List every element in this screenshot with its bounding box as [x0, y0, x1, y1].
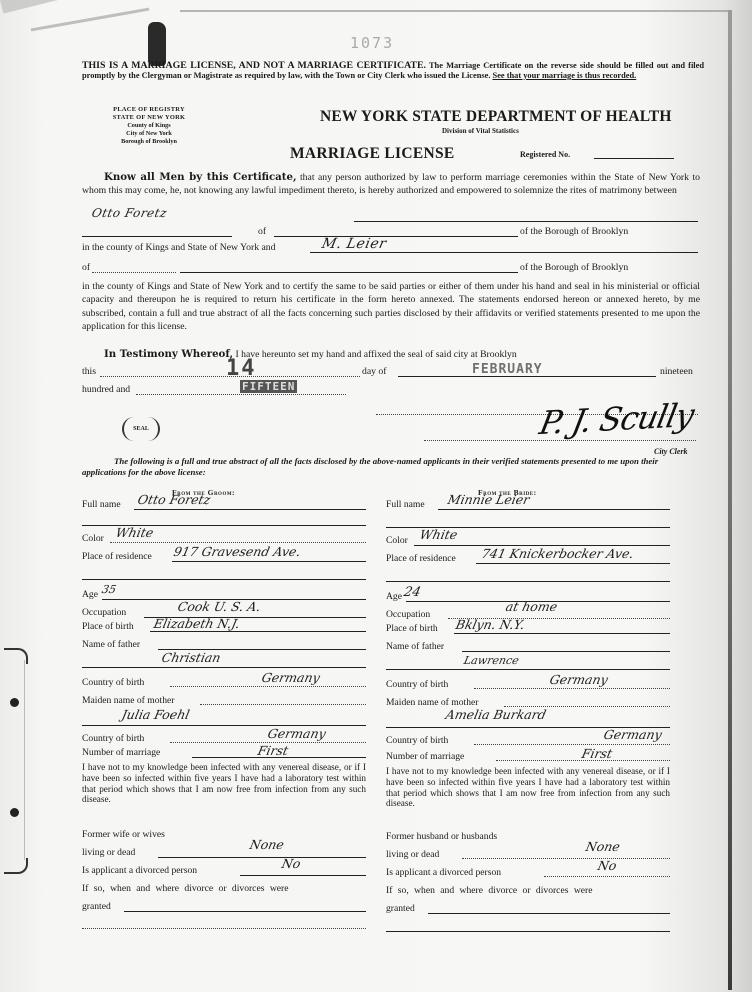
department-heading: NEW YORK STATE DEPARTMENT OF HEALTH [320, 108, 672, 126]
groom-father-extra-row: Christian [82, 656, 366, 668]
bride-marriage-number-row: Number of marriage First [386, 750, 670, 762]
groom-name-handwritten: Otto Foretz [91, 206, 169, 220]
bride-address-line [92, 272, 176, 273]
bride-address-line-2 [180, 272, 518, 273]
field-label: Color [82, 533, 104, 544]
bride-name-line [310, 252, 698, 253]
groom-mother-extra-row: Julia Foehl [82, 714, 366, 726]
bride-residence-value: 741 Knickerbocker Ave. [480, 546, 635, 561]
groom-former-spouse-value: None [248, 837, 285, 852]
bride-granted-extra-row [386, 920, 670, 932]
field-label: Country of birth [82, 677, 144, 688]
registered-no-label: Registered No. [520, 150, 570, 159]
bride-full-name-value: Minnie Leier [446, 492, 531, 507]
bride-father-row: Name of father [386, 640, 670, 652]
groom-marriage-number-row: Number of marriage First [82, 746, 366, 758]
groom-granted-extra-row [82, 918, 366, 930]
registry-line: County of Kings [84, 122, 214, 130]
groom-name-line [354, 221, 698, 222]
groom-father-country-row: Country of birth Germany [82, 676, 366, 688]
registry-line: STATE OF NEW YORK [84, 114, 214, 122]
bride-birthplace-value: Bklyn. N.Y. [454, 617, 526, 632]
scratch-mark [31, 8, 150, 32]
field-label: Name of father [82, 639, 140, 650]
field-label: Country of birth [386, 735, 448, 746]
borough-suffix: of the Borough of Brooklyn [520, 226, 628, 237]
hundred-and-label: hundred and [82, 384, 130, 395]
groom-mother-country-value: Germany [266, 726, 327, 741]
field-label: Place of residence [386, 553, 456, 564]
field-label: Number of marriage [82, 747, 160, 758]
field-label: Country of birth [386, 679, 448, 690]
field-label: Occupation [386, 609, 430, 620]
field-label: granted [82, 901, 111, 912]
notice-lead: THIS IS A MARRIAGE LICENSE, AND NOT A MA… [82, 60, 426, 71]
field-label: Former husband or husbands [386, 831, 497, 842]
field-label: Age [386, 591, 402, 602]
this-label: this [82, 366, 96, 377]
binder-bracket-bottom [4, 858, 28, 874]
groom-divorced-value: No [280, 856, 302, 871]
day-of-label: day of [362, 366, 386, 377]
field-label: Color [386, 535, 408, 546]
groom-declaration: I have not to my knowledge been infected… [82, 762, 366, 805]
field-label: Name of father [386, 641, 444, 652]
field-label: Place of birth [82, 621, 134, 632]
testimony-lead: In Testimony Whereof, [104, 348, 233, 360]
bride-declaration: I have not to my knowledge been infected… [386, 766, 670, 809]
license-notice: THIS IS A MARRIAGE LICENSE, AND NOT A MA… [82, 61, 704, 81]
binder-guide-line [24, 660, 25, 860]
groom-former-spouse-label-row: Former wife or wives [82, 828, 366, 840]
groom-color-value: White [114, 525, 155, 540]
field-label: Age [82, 589, 98, 600]
signer-title: City Clerk [654, 447, 688, 456]
bride-color-row: Color White [386, 534, 670, 546]
groom-age-value: 35 [101, 583, 118, 596]
field-label: granted [386, 903, 415, 914]
certificate-body: in the county of Kings and State of New … [82, 280, 700, 333]
paper-top-edge [180, 10, 732, 12]
groom-father-country-value: Germany [260, 670, 321, 685]
groom-divorced-row: Is applicant a divorced person No [82, 864, 366, 876]
field-label: Full name [82, 499, 121, 510]
borough-suffix: of the Borough of Brooklyn [520, 262, 628, 273]
field-label: Country of birth [82, 733, 144, 744]
month-stamp: FEBRUARY [472, 362, 543, 377]
bride-divorced-row: Is applicant a divorced person No [386, 866, 670, 878]
groom-marriage-number-value: First [256, 743, 289, 758]
paper-right-edge [728, 10, 732, 990]
seal-mark: SEAL [122, 417, 160, 441]
groom-former-spouse-row: living or dead None [82, 846, 366, 858]
bride-former-spouse-label-row: Former husband or husbands [386, 830, 670, 842]
registered-no-field [594, 158, 674, 159]
certificate-intro: Know all Men by this Certificate, that a… [82, 171, 700, 198]
field-label: If so, when and where divorce or divorce… [82, 883, 288, 894]
groom-residence-value: 917 Gravesend Ave. [172, 544, 302, 559]
field-label: Is applicant a divorced person [386, 867, 501, 878]
groom-address-line [274, 236, 518, 237]
bride-former-spouse-row: living or dead None [386, 848, 670, 860]
groom-full-name-row: Full name Otto Foretz [82, 498, 366, 510]
groom-color-row: Color White [82, 532, 366, 544]
division-subheading: Division of Vital Statistics [442, 127, 519, 135]
groom-residence-extra-row [82, 568, 366, 580]
registry-line: PLACE OF REGISTRY [84, 106, 214, 114]
field-label: Place of residence [82, 551, 152, 562]
field-label: living or dead [386, 849, 439, 860]
groom-birthplace-value: Elizabeth N.J. [152, 616, 241, 631]
field-label: Place of birth [386, 623, 438, 634]
bride-former-spouse-value: None [584, 839, 621, 854]
bride-occupation-value: at home [504, 599, 558, 614]
bride-father-country-row: Country of birth Germany [386, 678, 670, 690]
groom-birthplace-row: Place of birth Elizabeth N.J. [82, 620, 366, 632]
bride-residence-row: Place of residence 741 Knickerbocker Ave… [386, 552, 670, 564]
bride-mother-value: Amelia Burkard [444, 707, 547, 722]
groom-mother-country-row: Country of birth Germany [82, 732, 366, 744]
groom-divorce-where-row: If so, when and where divorce or divorce… [82, 882, 366, 894]
nineteen-label: nineteen [660, 366, 693, 377]
groom-mother-row: Maiden name of mother [82, 694, 366, 706]
year-stamp: FIFTEEN [240, 380, 297, 393]
bride-father-extra-row: Lawrence [386, 658, 670, 670]
bride-granted-row: granted [386, 902, 670, 914]
notice-underlined: See that your marriage is thus recorded. [493, 71, 637, 80]
bride-mother-country-row: Country of birth Germany [386, 734, 670, 746]
field-label: Is applicant a divorced person [82, 865, 197, 876]
registry-line: Borough of Brooklyn [84, 138, 214, 146]
field-label: Former wife or wives [82, 829, 165, 840]
binder-hole-icon [10, 808, 19, 817]
place-of-registry: PLACE OF REGISTRY STATE OF NEW YORK Coun… [84, 106, 214, 146]
abstract-intro: The following is a full and true abstrac… [82, 456, 700, 478]
day-stamp: 14 [226, 356, 257, 381]
groom-full-name-value: Otto Foretz [136, 492, 211, 507]
bride-name-handwritten: M. Leier [320, 236, 388, 252]
bride-color-value: White [418, 527, 459, 542]
bride-divorce-where-row: If so, when and where divorce or divorce… [386, 884, 670, 896]
bride-occupation-row: Occupation at home [386, 608, 670, 620]
bride-divorced-value: No [596, 858, 618, 873]
bride-birthplace-row: Place of birth Bklyn. N.Y. [386, 622, 670, 634]
groom-occupation-value: Cook U. S. A. [176, 599, 262, 614]
of-label: of [82, 262, 90, 273]
year-line [136, 394, 346, 395]
groom-father-row: Name of father [82, 638, 366, 650]
groom-granted-row: granted [82, 900, 366, 912]
field-label: Number of marriage [386, 751, 464, 762]
field-label: Occupation [82, 607, 126, 618]
field-label: If so, when and where divorce or divorce… [386, 885, 592, 896]
groom-name-line-2 [82, 236, 232, 237]
county-text: in the county of Kings and State of New … [82, 242, 275, 253]
of-label: of [258, 226, 266, 237]
bride-residence-extra-row [386, 570, 670, 582]
clerk-signature: P. J. Scully [536, 396, 696, 442]
groom-residence-row: Place of residence 917 Gravesend Ave. [82, 550, 366, 562]
field-label: Full name [386, 499, 425, 510]
bride-age-value: 24 [402, 585, 422, 600]
form-number-stamp: 1073 [350, 34, 394, 52]
certificate-opening: Know all Men by this Certificate, [104, 171, 297, 183]
bride-full-name-row: Full name Minnie Leier [386, 498, 670, 510]
registry-line: City of New York [84, 130, 214, 138]
groom-mother-value: Julia Foehl [120, 707, 191, 722]
field-label: Maiden name of mother [82, 695, 174, 706]
bride-mother-country-value: Germany [602, 727, 663, 742]
bride-father-country-value: Germany [548, 672, 609, 687]
testimony-line: In Testimony Whereof, I have hereunto se… [104, 348, 517, 360]
testimony-text: I have hereunto set my hand and affixed … [235, 349, 516, 360]
field-label: living or dead [82, 847, 135, 858]
bride-father-value: Lawrence [463, 654, 521, 667]
marriage-license-page: 1073 THIS IS A MARRIAGE LICENSE, AND NOT… [0, 0, 752, 992]
groom-father-value: Christian [160, 650, 222, 665]
document-title: MARRIAGE LICENSE [290, 145, 455, 163]
folded-corner [0, 0, 62, 14]
bride-marriage-number-value: First [580, 746, 613, 761]
binder-hole-icon [10, 698, 19, 707]
